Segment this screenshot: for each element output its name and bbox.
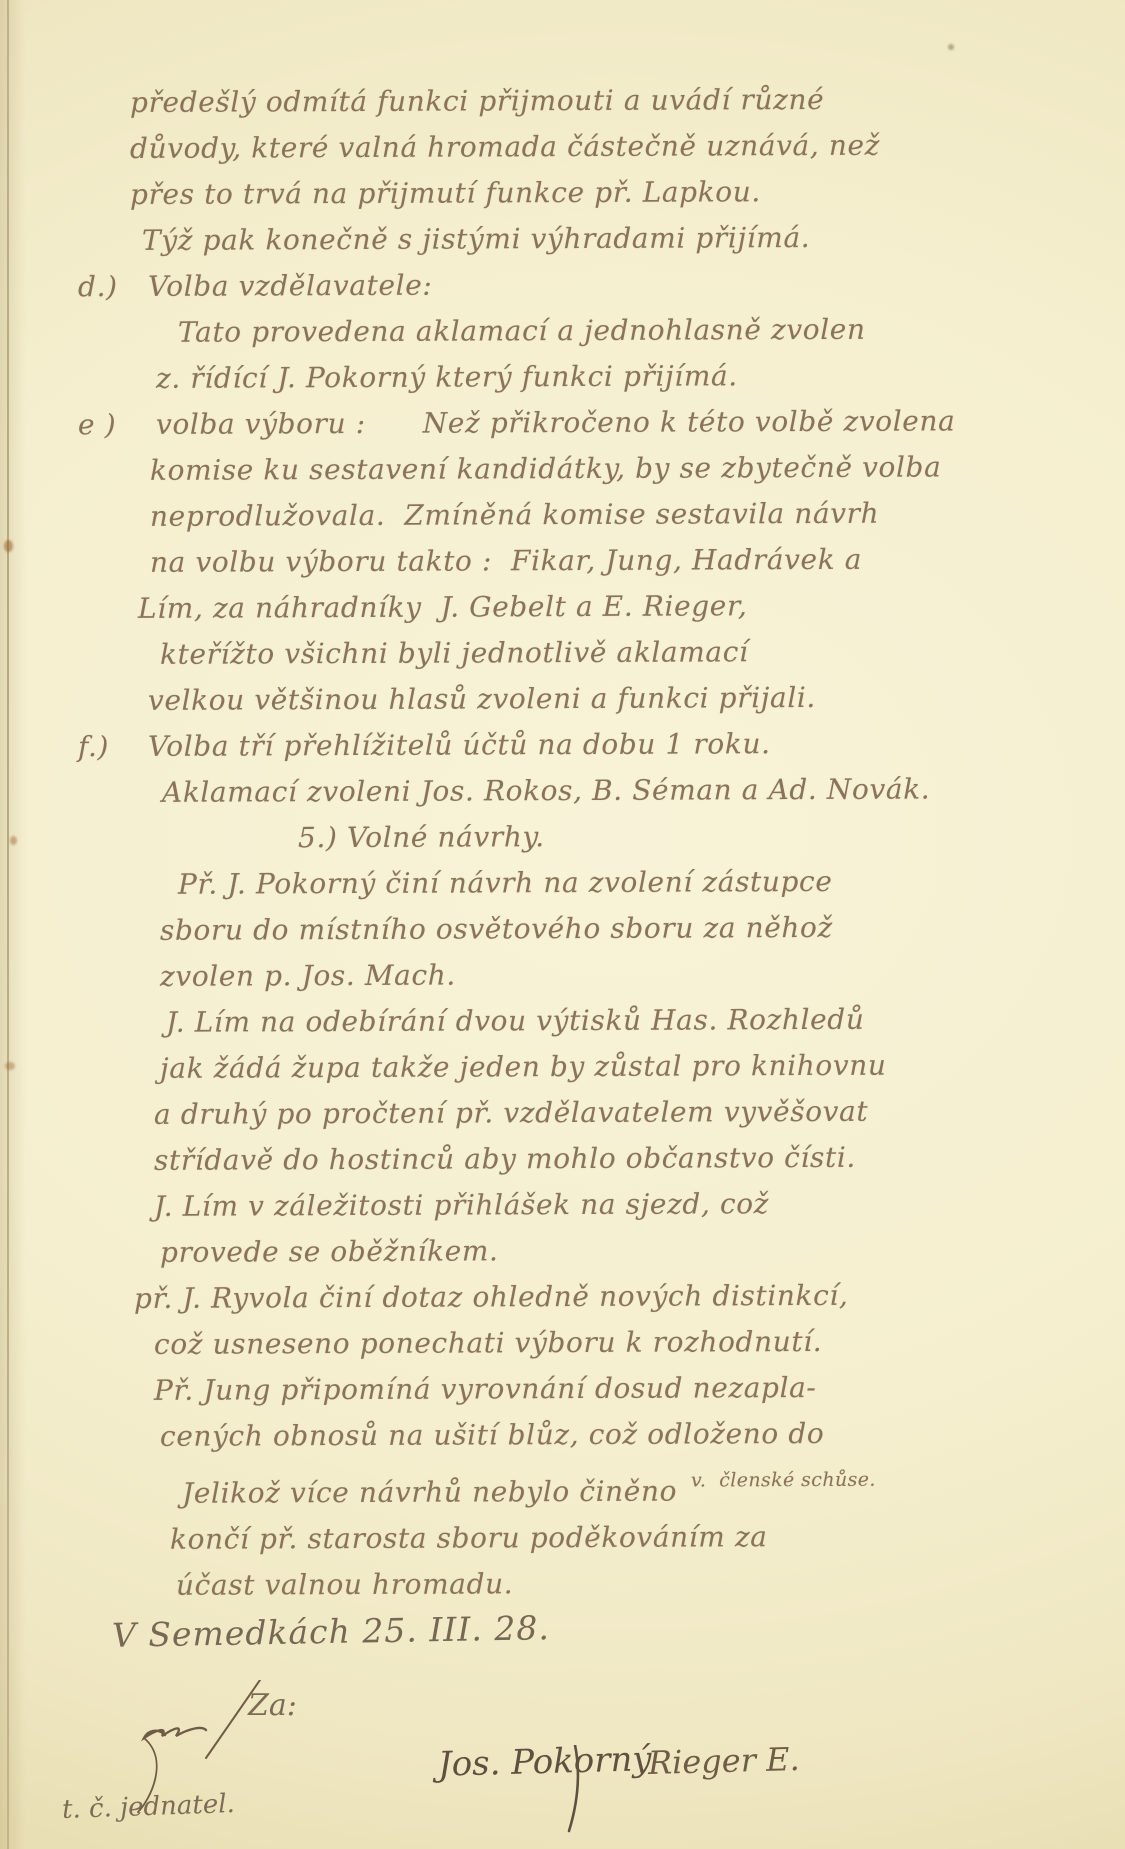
- manuscript-line: Lím, za náhradníky J. Gebelt a E. Rieger…: [130, 582, 1030, 632]
- manuscript-line: což usneseno ponechati výboru k rozhodnu…: [130, 1318, 1030, 1368]
- section-letter-label: e ): [78, 402, 116, 448]
- handwritten-text: a druhý po pročtení př. vzdělavatelem vy…: [154, 1095, 868, 1131]
- handwritten-text: což usneseno ponechati výboru k rozhodnu…: [154, 1325, 822, 1361]
- signature-jos-pokorny: Jos. Pokorný: [438, 1739, 653, 1785]
- manuscript-line: komise ku sestavení kandidátky, by se zb…: [130, 444, 1030, 494]
- foxing-spot: [4, 540, 13, 552]
- handwritten-text: volba výboru : Než přikročeno k této vol…: [156, 404, 956, 440]
- za-label: Za:: [248, 1688, 297, 1723]
- manuscript-line: předešlý odmítá funkci přijmouti a uvádí…: [130, 76, 1030, 126]
- handwritten-text: Př. J. Pokorný činí návrh na zvolení zás…: [178, 865, 833, 901]
- handwritten-text: přes to trvá na přijmutí funkce př. Lapk…: [130, 175, 761, 211]
- handwritten-text: př. J. Ryvola činí dotaz ohledně nových …: [134, 1279, 849, 1315]
- manuscript-line: účast valnou hromadu.: [130, 1559, 1030, 1609]
- date-place-line: V Semedkách 25. III. 28.: [112, 1608, 550, 1655]
- manuscript-line: jak žádá župa takže jeden by zůstal pro …: [130, 1042, 1030, 1092]
- handwritten-text: Aklamací zvoleni Jos. Rokos, B. Séman a …: [162, 772, 930, 808]
- handwritten-text: Jelikož více návrhů nebylo činěno: [182, 1475, 677, 1510]
- manuscript-line: d.)Volba vzdělavatele:: [130, 260, 1030, 310]
- page-gutter-shading: [0, 0, 26, 1849]
- foxing-spot: [10, 836, 17, 845]
- handwritten-text: Volba tří přehlížitelů účtů na dobu 1 ro…: [148, 727, 771, 763]
- handwritten-text: končí př. starosta sboru poděkováním za: [170, 1520, 768, 1556]
- manuscript-line: 5.) Volné návrhy.: [130, 812, 1030, 862]
- handwritten-text: Týž pak konečně s jistými výhradami přij…: [142, 221, 810, 257]
- manuscript-line: neprodlužovala. Zmíněná komise sestavila…: [130, 490, 1030, 540]
- manuscript-line: a druhý po pročtení př. vzdělavatelem vy…: [130, 1088, 1030, 1138]
- handwritten-text: zvolen p. Jos. Mach.: [160, 959, 456, 993]
- handwritten-text: důvody, které valná hromada částečně uzn…: [130, 129, 880, 165]
- handwritten-text: Volba vzdělavatele:: [148, 269, 433, 303]
- handwritten-text: provede se oběžníkem.: [160, 1234, 499, 1268]
- manuscript-line: e )volba výboru : Než přikročeno k této …: [130, 398, 1030, 448]
- manuscript-lines: předešlý odmítá funkci přijmouti a uvádí…: [130, 78, 1030, 1607]
- secretary-role-caption: t. č. jednatel.: [62, 1789, 236, 1825]
- manuscript-line: př. J. Ryvola činí dotaz ohledně nových …: [130, 1272, 1030, 1322]
- handwritten-text: Př. Jung připomíná vyrovnání dosud nezap…: [154, 1371, 817, 1407]
- manuscript-line: Týž pak konečně s jistými výhradami přij…: [130, 214, 1030, 264]
- manuscript-line: Tato provedena aklamací a jednohlasně zv…: [130, 306, 1030, 356]
- handwritten-text: kteřížto všichni byli jednotlivě aklamac…: [160, 635, 749, 671]
- interline-insertion-note: v. členské schůse.: [691, 1469, 876, 1492]
- signature-rieger-e: Rieger E.: [648, 1740, 801, 1782]
- manuscript-line: z. řídící J. Pokorný který funkci přijím…: [130, 352, 1030, 402]
- handwritten-text: cených obnosů na ušití blůz, což odložen…: [160, 1417, 824, 1453]
- handwritten-text: Lím, za náhradníky J. Gebelt a E. Rieger…: [138, 589, 747, 625]
- handwritten-text: velkou většinou hlasů zvoleni a funkci p…: [148, 681, 816, 717]
- manuscript-line: cených obnosů na ušití blůz, což odložen…: [130, 1410, 1030, 1460]
- manuscript-line: J. Lím na odebírání dvou výtisků Has. Ro…: [130, 996, 1030, 1046]
- section-letter-label: f.): [78, 724, 109, 770]
- handwritten-text: J. Lím na odebírání dvou výtisků Has. Ro…: [166, 1003, 865, 1039]
- handwritten-text: 5.) Volné návrhy.: [298, 820, 545, 854]
- handwritten-text: na volbu výboru takto : Fikar, Jung, Had…: [150, 543, 862, 579]
- handwritten-text: střídavě do hostinců aby mohlo občanstvo…: [154, 1141, 856, 1177]
- manuscript-line: f.)Volba tří přehlížitelů účtů na dobu 1…: [130, 720, 1030, 770]
- foxing-spot: [5, 1062, 15, 1070]
- manuscript-line: zvolen p. Jos. Mach.: [130, 950, 1030, 1000]
- manuscript-line: přes to trvá na přijmutí funkce př. Lapk…: [130, 168, 1030, 218]
- manuscript-line: Jelikož více návrhů nebylo činěnov. člen…: [130, 1456, 1030, 1517]
- handwritten-text: Tato provedena aklamací a jednohlasně zv…: [178, 313, 866, 349]
- manuscript-line: J. Lím v záležitosti přihlášek na sjezd,…: [130, 1180, 1030, 1230]
- handwritten-text: neprodlužovala. Zmíněná komise sestavila…: [150, 497, 879, 533]
- ink-speck: [948, 44, 954, 50]
- handwritten-text: jak žádá župa takže jeden by zůstal pro …: [160, 1049, 887, 1085]
- manuscript-line: Aklamací zvoleni Jos. Rokos, B. Séman a …: [130, 766, 1030, 816]
- manuscript-line: provede se oběžníkem.: [130, 1226, 1030, 1276]
- manuscript-line: Př. J. Pokorný činí návrh na zvolení zás…: [130, 858, 1030, 908]
- handwritten-text: z. řídící J. Pokorný který funkci přijím…: [156, 359, 738, 395]
- manuscript-line: na volbu výboru takto : Fikar, Jung, Had…: [130, 536, 1030, 586]
- handwritten-text: předešlý odmítá funkci přijmouti a uvádí…: [130, 83, 824, 119]
- handwritten-text: J. Lím v záležitosti přihlášek na sjezd,…: [154, 1187, 769, 1223]
- handwritten-text: účast valnou hromadu.: [176, 1567, 513, 1601]
- manuscript-line: Př. Jung připomíná vyrovnání dosud nezap…: [130, 1364, 1030, 1414]
- handwritten-text: komise ku sestavení kandidátky, by se zb…: [150, 450, 941, 486]
- section-letter-label: d.): [78, 264, 118, 310]
- manuscript-line: důvody, které valná hromada částečně uzn…: [130, 122, 1030, 172]
- manuscript-line: kteřížto všichni byli jednotlivě aklamac…: [130, 628, 1030, 678]
- manuscript-line: velkou většinou hlasů zvoleni a funkci p…: [130, 674, 1030, 724]
- manuscript-line: končí př. starosta sboru poděkováním za: [130, 1513, 1030, 1563]
- manuscript-page: předešlý odmítá funkci přijmouti a uvádí…: [0, 0, 1125, 1849]
- handwritten-text: sboru do místního osvětového sboru za ně…: [160, 911, 833, 947]
- manuscript-line: střídavě do hostinců aby mohlo občanstvo…: [130, 1134, 1030, 1184]
- manuscript-line: sboru do místního osvětového sboru za ně…: [130, 904, 1030, 954]
